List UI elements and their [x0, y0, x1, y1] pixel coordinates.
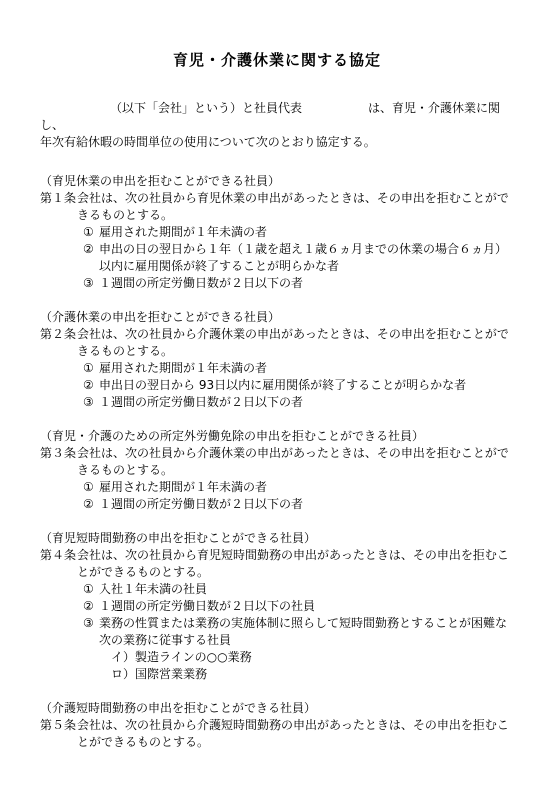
document-page: 育児・介護休業に関する協定 （以下「会社」という）と社員代表は、育児・介護休業に…: [0, 0, 554, 800]
item-marker: ③: [83, 394, 99, 411]
list-item: ②申出の日の翌日から１年（１歳を超え１歳６ヵ月までの休業の場合６ヵ月）以内に雇用…: [83, 241, 514, 275]
article-heading: （介護休業の申出を拒むことができる社員）: [40, 309, 514, 326]
item-text: 入社１年未満の社員: [99, 581, 514, 598]
article-section: （介護短時間勤務の申出を拒むことができる社員）第５条会社は、次の社員から介護短時…: [40, 700, 514, 751]
document-title: 育児・介護休業に関する協定: [40, 50, 514, 70]
article-section: （介護休業の申出を拒むことができる社員）第２条会社は、次の社員から介護休業の申出…: [40, 309, 514, 411]
article-heading: （介護短時間勤務の申出を拒むことができる社員）: [40, 700, 514, 717]
article-number-row: 第３条会社は、次の社員から介護休業の申出があったときは、その申出を拒むことができ…: [40, 445, 514, 479]
article-number: 第５条: [40, 717, 77, 751]
item-text: 申出の日の翌日から１年（１歳を超え１歳６ヵ月までの休業の場合６ヵ月）以内に雇用関…: [99, 241, 514, 275]
article-body-text: 会社は、次の社員から介護休業の申出があったときは、その申出を拒むことができるもの…: [77, 445, 514, 479]
item-text-column: １週間の所定労働日数が２日以下の者: [99, 394, 514, 411]
intro-line-2: 年次有給休暇の時間単位の使用について次のとおり協定する。: [40, 134, 514, 151]
item-text-column: 入社１年未満の社員: [99, 581, 514, 598]
item-marker: ②: [83, 496, 99, 513]
item-text: 申出日の翌日から 93日以内に雇用関係が終了することが明らかな者: [99, 377, 514, 394]
item-text: 業務の性質または業務の実施体制に照らして短時間勤務とすることが困難な次の業務に従…: [99, 615, 514, 649]
sub-list-item: イ）製造ラインの○○業務: [111, 649, 514, 666]
list-item: ②１週間の所定労働日数が２日以下の社員: [83, 598, 514, 615]
list-item: ③業務の性質または業務の実施体制に照らして短時間勤務とすることが困難な次の業務に…: [83, 615, 514, 683]
intro-line-1-part-1: （以下「会社」という）と社員代表: [110, 101, 302, 115]
item-text-column: 申出日の翌日から 93日以内に雇用関係が終了することが明らかな者: [99, 377, 514, 394]
list-item: ①雇用された期間が１年未満の者: [83, 360, 514, 377]
item-text-column: 雇用された期間が１年未満の者: [99, 479, 514, 496]
list-item: ①入社１年未満の社員: [83, 581, 514, 598]
item-text-column: １週間の所定労働日数が２日以下の社員: [99, 598, 514, 615]
article-heading: （育児短時間勤務の申出を拒むことができる社員）: [40, 530, 514, 547]
article-body-text: 会社は、次の社員から育児短時間勤務の申出があったときは、その申出を拒むことができ…: [77, 547, 514, 581]
article-number: 第１条: [40, 190, 77, 224]
item-text: 雇用された期間が１年未満の者: [99, 224, 514, 241]
item-text: １週間の所定労働日数が２日以下の者: [99, 496, 514, 513]
list-item: ②１週間の所定労働日数が２日以下の者: [83, 496, 514, 513]
item-marker: ①: [83, 581, 99, 598]
item-text: １週間の所定労働日数が２日以下の者: [99, 275, 514, 292]
item-text: 雇用された期間が１年未満の者: [99, 360, 514, 377]
list-item: ③１週間の所定労働日数が２日以下の者: [83, 275, 514, 292]
item-text: １週間の所定労働日数が２日以下の社員: [99, 598, 514, 615]
articles-container: （育児休業の申出を拒むことができる社員）第１条会社は、次の社員から育児休業の申出…: [40, 173, 514, 751]
item-text: 雇用された期間が１年未満の者: [99, 479, 514, 496]
item-marker: ③: [83, 275, 99, 292]
article-number: 第２条: [40, 326, 77, 360]
article-number-row: 第４条会社は、次の社員から育児短時間勤務の申出があったときは、その申出を拒むこと…: [40, 547, 514, 581]
item-marker: ①: [83, 360, 99, 377]
article-body-text: 会社は、次の社員から介護短時間勤務の申出があったときは、その申出を拒むことができ…: [77, 717, 514, 751]
item-marker: ①: [83, 224, 99, 241]
item-text-column: 雇用された期間が１年未満の者: [99, 224, 514, 241]
article-heading: （育児休業の申出を拒むことができる社員）: [40, 173, 514, 190]
list-item: ③１週間の所定労働日数が２日以下の者: [83, 394, 514, 411]
item-text-column: 雇用された期間が１年未満の者: [99, 360, 514, 377]
sub-list-item: ロ）国際営業業務: [111, 666, 514, 683]
item-text: １週間の所定労働日数が２日以下の者: [99, 394, 514, 411]
article-number-row: 第１条会社は、次の社員から育児休業の申出があったときは、その申出を拒むことができ…: [40, 190, 514, 224]
item-text-column: 申出の日の翌日から１年（１歳を超え１歳６ヵ月までの休業の場合６ヵ月）以内に雇用関…: [99, 241, 514, 275]
intro-paragraph: （以下「会社」という）と社員代表は、育児・介護休業に関し、 年次有給休暇の時間単…: [40, 100, 514, 151]
item-marker: ③: [83, 615, 99, 683]
article-section: （育児・介護のための所定外労働免除の申出を拒むことができる社員）第３条会社は、次…: [40, 428, 514, 513]
item-text-column: １週間の所定労働日数が２日以下の者: [99, 275, 514, 292]
subitem-marker: ロ）: [111, 666, 135, 683]
article-heading: （育児・介護のための所定外労働免除の申出を拒むことができる社員）: [40, 428, 514, 445]
representative-name-blank: [302, 111, 368, 112]
article-body-text: 会社は、次の社員から育児休業の申出があったときは、その申出を拒むことができるもの…: [77, 190, 514, 224]
list-item: ①雇用された期間が１年未満の者: [83, 224, 514, 241]
article-number-row: 第５条会社は、次の社員から介護短時間勤務の申出があったときは、その申出を拒むこと…: [40, 717, 514, 751]
item-text-column: 業務の性質または業務の実施体制に照らして短時間勤務とすることが困難な次の業務に従…: [99, 615, 514, 683]
company-name-blank: [40, 111, 110, 112]
article-number: 第３条: [40, 445, 77, 479]
subitem-text: 製造ラインの○○業務: [135, 649, 514, 666]
article-section: （育児休業の申出を拒むことができる社員）第１条会社は、次の社員から育児休業の申出…: [40, 173, 514, 292]
list-item: ①雇用された期間が１年未満の者: [83, 479, 514, 496]
article-number-row: 第２条会社は、次の社員から介護休業の申出があったときは、その申出を拒むことができ…: [40, 326, 514, 360]
article-body-text: 会社は、次の社員から介護休業の申出があったときは、その申出を拒むことができるもの…: [77, 326, 514, 360]
item-marker: ②: [83, 598, 99, 615]
item-marker: ②: [83, 241, 99, 275]
subitem-text: 国際営業業務: [135, 666, 514, 683]
article-section: （育児短時間勤務の申出を拒むことができる社員）第４条会社は、次の社員から育児短時…: [40, 530, 514, 683]
item-marker: ①: [83, 479, 99, 496]
item-marker: ②: [83, 377, 99, 394]
subitem-marker: イ）: [111, 649, 135, 666]
item-text-column: １週間の所定労働日数が２日以下の者: [99, 496, 514, 513]
list-item: ②申出日の翌日から 93日以内に雇用関係が終了することが明らかな者: [83, 377, 514, 394]
intro-line-1: （以下「会社」という）と社員代表は、育児・介護休業に関し、: [40, 100, 514, 134]
article-number: 第４条: [40, 547, 77, 581]
